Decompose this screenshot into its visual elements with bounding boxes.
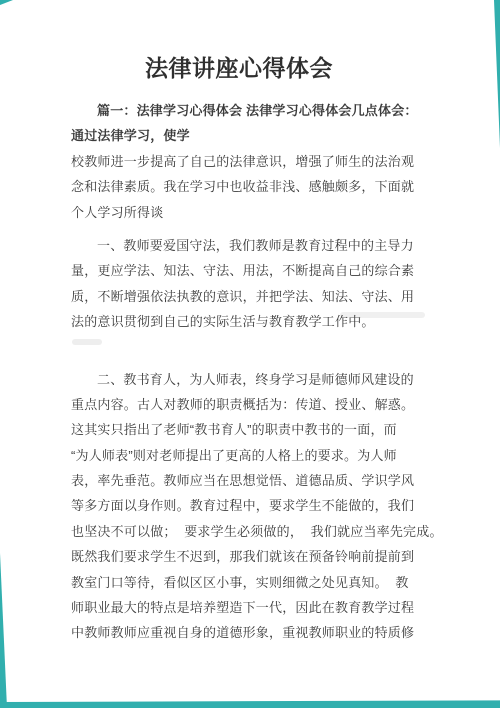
text-line: 教室门口等待，看似区区小事，实则细微之处见真知。 教 xyxy=(71,570,407,595)
document-title: 法律讲座心得体会 xyxy=(71,50,407,86)
text-line: 也坚决不可以做； 要求学生必须做的， 我们就应当率先完成。 xyxy=(71,519,407,544)
page-edge-bottom-accent xyxy=(0,700,500,708)
document-body: 篇一：法律学习心得体会 法律学习心得体会几点体会：通过法律学习，使学校教师进一步… xyxy=(71,98,407,646)
text-line: 师职业最大的特点是培养塑造下一代，因此在教育教学过程 xyxy=(71,595,407,620)
text-line: “为人师表”则对老师提出了更高的人格上的要求。为人师 xyxy=(71,443,407,468)
page-edge-right-accent xyxy=(494,0,500,148)
text-line: 这其实只指出了老师“教书育人”的职责中教书的一面，而 xyxy=(71,417,407,442)
text-line: 质，不断增强依法执教的意识，并把学法、知法、守法、用 xyxy=(71,284,407,309)
document-content: 法律讲座心得体会 篇一：法律学习心得体会 法律学习心得体会几点体会：通过法律学习… xyxy=(71,50,407,646)
text-line: 既然我们要求学生不迟到，那我们就该在预备铃响前提前到 xyxy=(71,544,407,569)
text-line: 通过法律学习，使学 xyxy=(71,123,407,148)
text-line: 篇一：法律学习心得体会 法律学习心得体会几点体会： xyxy=(71,98,407,123)
text-line: 中教师教师应重视自身的道德形象，重视教师职业的特质修 xyxy=(71,620,407,645)
text-line: 重点内容。古人对教师的职责概括为：传道、授业、解惑。 xyxy=(71,392,407,417)
text-line: 表，率先垂范。教师应当在思想觉悟、道德品质、学识学风 xyxy=(71,468,407,493)
text-line: 校教师进一步提高了自己的法律意识，增强了师生的法治观 xyxy=(71,149,407,174)
text-line: 等多方面以身作则。教育过程中，要求学生不能做的，我们 xyxy=(71,493,407,518)
text-line: 一、教师要爱国守法，我们教师是教育过程中的主导力 xyxy=(71,233,407,258)
text-line: 法的意识贯彻到自己的实际生活与教育教学工作中。 xyxy=(71,309,407,334)
text-line: 二、教书育人，为人师表，终身学习是师德师风建设的 xyxy=(71,367,407,392)
page-edge-top-left-accent xyxy=(0,0,13,5)
text-line: 念和法律素质。我在学习中也收益非浅、感触颇多，下面就 xyxy=(71,174,407,199)
page-edge-left-accent xyxy=(0,553,7,708)
text-line: 个人学习所得谈 xyxy=(71,200,407,225)
text-line: 量，更应学法、知法、守法、用法，不断提高自己的综合素 xyxy=(71,258,407,283)
document-page: 法律讲座心得体会 篇一：法律学习心得体会 法律学习心得体会几点体会：通过法律学习… xyxy=(0,0,500,708)
